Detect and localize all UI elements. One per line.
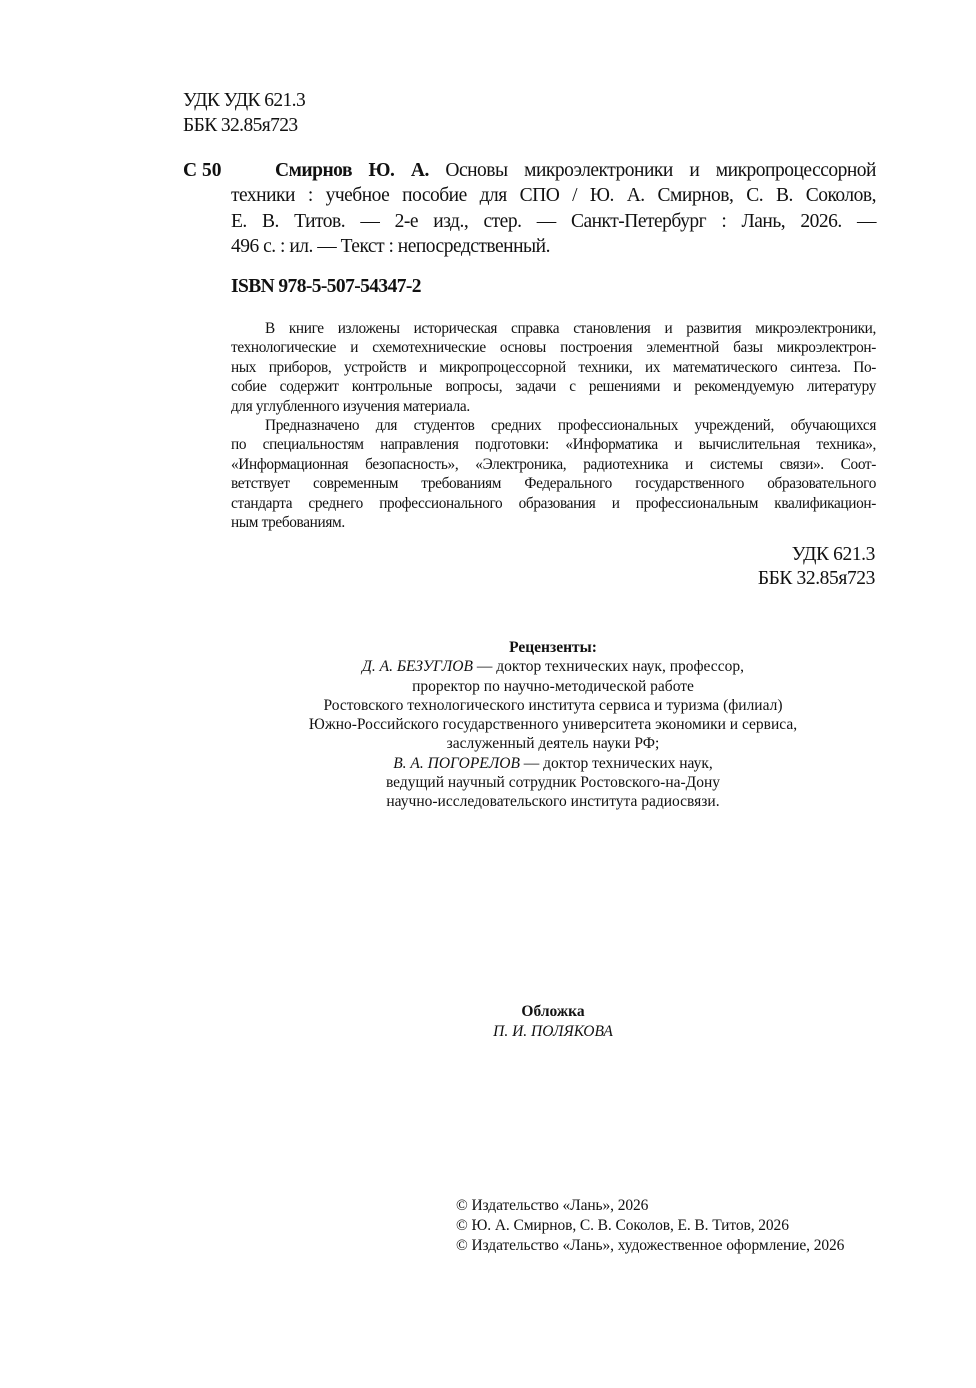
classification-footer: УДК 621.3 ББК 32.85я723 [700,543,875,591]
annotation: В книге изложены историческая справка ст… [231,319,876,532]
classification-header: УДК УДК 621.3 ББК 32.85я723 [183,88,305,138]
author-name: Смирнов Ю. А. [275,160,429,181]
reviewer-name: Д. А. БЕЗУГЛОВ [362,658,473,675]
entry-line: Смирнов Ю. А. Основы микроэлектроники и … [231,158,876,183]
copyright-line: © Издательство «Лань», 2026 [456,1196,844,1216]
cover-title: Обложка [400,1002,706,1022]
annotation-line: ветствует современным требованиям Федера… [231,474,876,493]
copyright-line: © Издательство «Лань», художественное оф… [456,1236,844,1256]
annotation-line: Предназначено для студентов средних проф… [231,416,876,435]
isbn: ISBN 978-5-507-54347-2 [231,276,421,298]
reviewer-line: научно-исследовательского института ради… [200,792,906,811]
annotation-line: стандарта среднего профессионального обр… [231,494,876,513]
annotation-line: ным требованиям. [231,513,876,532]
cover-designer: П. И. ПОЛЯКОВА [400,1022,706,1042]
annotation-line: «Информационная безопасность», «Электрон… [231,455,876,474]
bbk-code: ББК 32.85я723 [700,567,875,591]
reviewer-line: заслуженный деятель науки РФ; [200,734,906,753]
annotation-line: собие содержит контрольные вопросы, зада… [231,377,876,396]
reviewer-name: В. А. ПОГОРЕЛОВ [393,755,520,772]
entry-line: Е. В. Титов. — 2-е изд., стер. — Санкт-П… [231,209,876,234]
annotation-line: технологические и схемотехнические основ… [231,338,876,357]
cover-credit: Обложка П. И. ПОЛЯКОВА [400,1002,706,1041]
annotation-line: ных приборов, устройств и микропроцессор… [231,358,876,377]
reviewer-line: Д. А. БЕЗУГЛОВ — доктор технических наук… [200,657,906,676]
annotation-line: по специальностям направления подготовки… [231,435,876,454]
annotation-line: В книге изложены историческая справка ст… [231,319,876,338]
reviewer-line: Ростовского технологического института с… [200,696,906,715]
entry-line: 496 с. : ил. — Текст : непосредственный. [231,234,876,259]
udk-code: УДК 621.3 [700,543,875,567]
reviewers-block: Рецензенты: Д. А. БЕЗУГЛОВ — доктор техн… [200,638,906,812]
entry-line: техники : учебное пособие для СПО / Ю. А… [231,183,876,208]
udk-code: УДК УДК 621.3 [183,88,305,113]
bbk-code: ББК 32.85я723 [183,113,305,138]
bibliographic-entry: Смирнов Ю. А. Основы микроэлектроники и … [231,158,876,259]
reviewers-title: Рецензенты: [200,638,906,657]
copyright-block: © Издательство «Лань», 2026 © Ю. А. Смир… [456,1196,844,1256]
reviewer-line: В. А. ПОГОРЕЛОВ — доктор технических нау… [200,754,906,773]
copyright-line: © Ю. А. Смирнов, С. В. Соколов, Е. В. Ти… [456,1216,844,1236]
reviewer-line: проректор по научно-методической работе [200,677,906,696]
reviewer-line: Южно-Российского государственного универ… [200,715,906,734]
reviewer-line: ведущий научный сотрудник Ростовского-на… [200,773,906,792]
author-mark: С 50 [183,158,221,183]
annotation-line: для углубленного изучения материала. [231,397,876,416]
